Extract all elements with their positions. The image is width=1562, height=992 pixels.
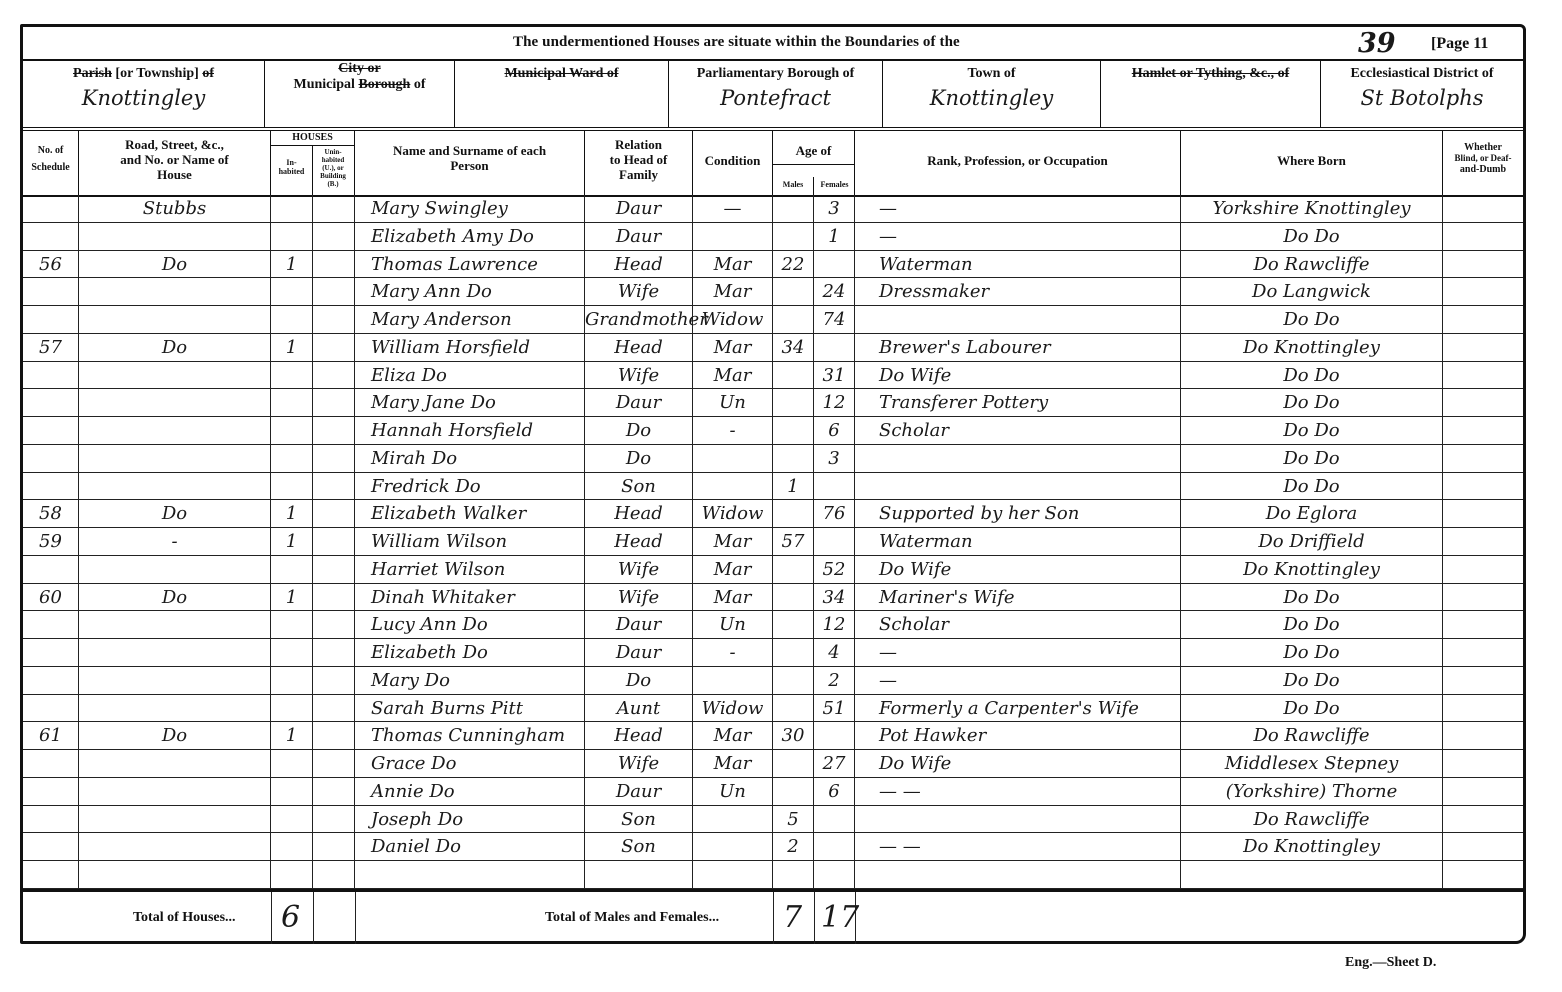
female-age-cell: 76 — [814, 500, 855, 527]
male-age-cell: 57 — [773, 528, 814, 555]
road-cell: Do — [79, 251, 271, 278]
female-age-cell — [814, 473, 855, 500]
totals-row: Total of Houses... 6 Total of Males and … — [23, 889, 1523, 944]
road-cell — [79, 389, 271, 416]
male-age-cell — [773, 750, 814, 777]
person-name-cell: William Horsfield — [355, 334, 585, 361]
male-age-cell — [773, 584, 814, 611]
occupation-cell — [855, 806, 1181, 833]
road-cell — [79, 278, 271, 305]
male-age-cell — [773, 362, 814, 389]
total-houses-label: Total of Houses... — [133, 910, 236, 926]
condition-cell: Mar — [693, 750, 773, 777]
male-age-cell — [773, 667, 814, 694]
road-cell — [79, 556, 271, 583]
inhabited-cell — [271, 362, 313, 389]
schedule-cell — [23, 445, 79, 472]
road-cell: Do — [79, 722, 271, 749]
person-name-cell: Grace Do — [355, 750, 585, 777]
uninhabited-cell — [313, 778, 355, 805]
female-age-cell: 24 — [814, 278, 855, 305]
birthplace-cell: Do Do — [1181, 417, 1443, 444]
parliamentary-borough-field: Parliamentary Borough of Pontefract — [669, 59, 883, 127]
female-age-cell: 34 — [814, 584, 855, 611]
birthplace-cell: Do Do — [1181, 639, 1443, 666]
uninhabited-cell — [313, 833, 355, 860]
relation-cell: Head — [585, 251, 693, 278]
uninhabited-cell — [313, 195, 355, 222]
total-males-value: 7 — [783, 900, 802, 935]
table-row: Eliza DoWifeMar31Do WifeDo Do — [23, 362, 1523, 390]
inhabited-cell — [271, 695, 313, 722]
person-name-cell: Mary Swingley — [355, 195, 585, 222]
birthplace-cell: Do Do — [1181, 473, 1443, 500]
blind-deaf-cell — [1443, 806, 1523, 833]
person-name-cell: Mary Anderson — [355, 306, 585, 333]
road-cell — [79, 611, 271, 638]
road-cell — [79, 806, 271, 833]
schedule-cell — [23, 695, 79, 722]
road-cell — [79, 473, 271, 500]
person-name-cell: Mirah Do — [355, 445, 585, 472]
ecclesiastical-district-field: Ecclesiastical District of St Botolphs — [1321, 59, 1523, 127]
table-row: 56Do1Thomas LawrenceHeadMar22WatermanDo … — [23, 251, 1523, 279]
table-row: Mary Ann DoWifeMar24DressmakerDo Langwic… — [23, 278, 1523, 306]
uninhabited-cell — [313, 611, 355, 638]
uninhabited-cell — [313, 445, 355, 472]
table-row: 59-1William WilsonHeadMar57WatermanDo Dr… — [23, 528, 1523, 556]
page-number: [Page 11 — [1431, 35, 1488, 53]
occupation-cell: Do Wife — [855, 556, 1181, 583]
person-name-cell: Elizabeth Do — [355, 639, 585, 666]
inhabited-cell — [271, 806, 313, 833]
schedule-cell — [23, 833, 79, 860]
condition-cell: Mar — [693, 584, 773, 611]
relation-cell: Wife — [585, 278, 693, 305]
female-age-cell — [814, 806, 855, 833]
occupation-cell — [855, 445, 1181, 472]
condition-cell — [693, 861, 773, 888]
male-age-cell: 2 — [773, 833, 814, 860]
male-age-cell: 1 — [773, 473, 814, 500]
relation-cell — [585, 861, 693, 888]
blind-deaf-cell — [1443, 722, 1523, 749]
relation-cell: Son — [585, 833, 693, 860]
condition-cell — [693, 473, 773, 500]
header-inhabited: In- habited — [271, 146, 313, 195]
birthplace-cell: Do Rawcliffe — [1181, 722, 1443, 749]
male-age-cell — [773, 556, 814, 583]
table-row: Annie DoDaurUn6— —(Yorkshire) Thorne — [23, 778, 1523, 806]
parliamentary-borough-value: Pontefract — [669, 86, 882, 110]
blind-deaf-cell — [1443, 861, 1523, 888]
relation-cell: Wife — [585, 750, 693, 777]
occupation-cell: — — — [855, 833, 1181, 860]
table-row: 58Do1Elizabeth WalkerHeadWidow76Supporte… — [23, 500, 1523, 528]
occupation-cell — [855, 473, 1181, 500]
birthplace-cell — [1181, 861, 1443, 888]
table-row — [23, 861, 1523, 889]
birthplace-cell: Do Knottingley — [1181, 833, 1443, 860]
total-persons-label: Total of Males and Females... — [545, 910, 719, 926]
uninhabited-cell — [313, 667, 355, 694]
road-cell — [79, 778, 271, 805]
person-name-cell: Dinah Whitaker — [355, 584, 585, 611]
male-age-cell — [773, 445, 814, 472]
uninhabited-cell — [313, 695, 355, 722]
condition-cell — [693, 833, 773, 860]
sheet-note: Eng.—Sheet D. — [1345, 955, 1436, 971]
male-age-cell — [773, 417, 814, 444]
blind-deaf-cell — [1443, 278, 1523, 305]
uninhabited-cell — [313, 806, 355, 833]
relation-cell: Do — [585, 445, 693, 472]
occupation-cell: Transferer Pottery — [855, 389, 1181, 416]
relation-cell: Wife — [585, 362, 693, 389]
uninhabited-cell — [313, 334, 355, 361]
road-cell — [79, 750, 271, 777]
condition-cell: Mar — [693, 722, 773, 749]
female-age-cell: 6 — [814, 417, 855, 444]
header-relation: Relation to Head of Family — [585, 131, 693, 195]
relation-cell: Daur — [585, 195, 693, 222]
inhabited-cell — [271, 306, 313, 333]
schedule-cell — [23, 639, 79, 666]
uninhabited-cell — [313, 306, 355, 333]
relation-cell: Wife — [585, 556, 693, 583]
condition-cell: Mar — [693, 278, 773, 305]
road-cell — [79, 833, 271, 860]
female-age-cell: 27 — [814, 750, 855, 777]
female-age-cell: 52 — [814, 556, 855, 583]
blind-deaf-cell — [1443, 362, 1523, 389]
birthplace-cell: Do Rawcliffe — [1181, 806, 1443, 833]
occupation-cell: — — [855, 195, 1181, 222]
road-cell — [79, 362, 271, 389]
table-row: Daniel DoSon2— —Do Knottingley — [23, 833, 1523, 861]
schedule-cell — [23, 556, 79, 583]
condition-cell: Mar — [693, 334, 773, 361]
female-age-cell: 6 — [814, 778, 855, 805]
table-row: StubbsMary SwingleyDaur—3—Yorkshire Knot… — [23, 195, 1523, 223]
uninhabited-cell — [313, 251, 355, 278]
blind-deaf-cell — [1443, 251, 1523, 278]
inhabited-cell: 1 — [271, 251, 313, 278]
male-age-cell: 34 — [773, 334, 814, 361]
relation-cell: Head — [585, 500, 693, 527]
parish-value: Knottingley — [23, 86, 264, 110]
relation-cell: Daur — [585, 223, 693, 250]
uninhabited-cell — [313, 500, 355, 527]
occupation-cell: Brewer's Labourer — [855, 334, 1181, 361]
blind-deaf-cell — [1443, 833, 1523, 860]
table-row: 60Do1Dinah WhitakerWifeMar34Mariner's Wi… — [23, 584, 1523, 612]
condition-cell — [693, 667, 773, 694]
total-females-value: 17 — [821, 900, 859, 935]
municipal-borough-field: City orMunicipal Borough of — [265, 59, 455, 127]
inhabited-cell — [271, 611, 313, 638]
schedule-cell — [23, 195, 79, 222]
birthplace-cell: Do Do — [1181, 611, 1443, 638]
table-row: 61Do1Thomas CunninghamHeadMar30Pot Hawke… — [23, 722, 1523, 750]
table-row: Grace DoWifeMar27Do WifeMiddlesex Stepne… — [23, 750, 1523, 778]
table-row: 57Do1William HorsfieldHeadMar34Brewer's … — [23, 334, 1523, 362]
road-cell: Do — [79, 334, 271, 361]
census-sheet: The undermentioned Houses are situate wi… — [20, 24, 1526, 944]
header-schedule: No. of Schedule — [23, 131, 79, 195]
uninhabited-cell — [313, 639, 355, 666]
occupation-cell: — — — [855, 778, 1181, 805]
blind-deaf-cell — [1443, 334, 1523, 361]
inhabited-cell — [271, 778, 313, 805]
table-row: Mary Jane DoDaurUn12Transferer PotteryDo… — [23, 389, 1523, 417]
ecclesiastical-district-value: St Botolphs — [1321, 86, 1523, 110]
person-name-cell: William Wilson — [355, 528, 585, 555]
female-age-cell: 1 — [814, 223, 855, 250]
relation-cell: Daur — [585, 639, 693, 666]
relation-cell: Son — [585, 473, 693, 500]
person-name-cell: Mary Ann Do — [355, 278, 585, 305]
person-name-cell: Mary Do — [355, 667, 585, 694]
person-name-cell: Sarah Burns Pitt — [355, 695, 585, 722]
occupation-cell: — — [855, 223, 1181, 250]
female-age-cell: 12 — [814, 389, 855, 416]
table-row: Fredrick DoSon1Do Do — [23, 473, 1523, 501]
condition-cell: Un — [693, 389, 773, 416]
birthplace-cell: Do Do — [1181, 223, 1443, 250]
condition-cell: Mar — [693, 556, 773, 583]
uninhabited-cell — [313, 556, 355, 583]
blind-deaf-cell — [1443, 500, 1523, 527]
schedule-cell: 56 — [23, 251, 79, 278]
inhabited-cell — [271, 861, 313, 888]
person-name-cell: Elizabeth Walker — [355, 500, 585, 527]
birthplace-cell: Middlesex Stepney — [1181, 750, 1443, 777]
schedule-cell — [23, 389, 79, 416]
header-males: Males — [773, 177, 814, 195]
relation-cell: Grandmother — [585, 306, 693, 333]
relation-cell: Do — [585, 417, 693, 444]
title-row: The undermentioned Houses are situate wi… — [23, 27, 1523, 61]
blind-deaf-cell — [1443, 584, 1523, 611]
relation-cell: Son — [585, 806, 693, 833]
road-cell — [79, 445, 271, 472]
table-row: Sarah Burns PittAuntWidow51Formerly a Ca… — [23, 695, 1523, 723]
table-row: Mirah DoDo3Do Do — [23, 445, 1523, 473]
relation-cell: Daur — [585, 611, 693, 638]
male-age-cell — [773, 861, 814, 888]
male-age-cell — [773, 611, 814, 638]
road-cell — [79, 306, 271, 333]
inhabited-cell — [271, 389, 313, 416]
relation-cell: Head — [585, 722, 693, 749]
schedule-cell — [23, 667, 79, 694]
female-age-cell — [814, 528, 855, 555]
birthplace-cell: (Yorkshire) Thorne — [1181, 778, 1443, 805]
male-age-cell — [773, 695, 814, 722]
inhabited-cell: 1 — [271, 334, 313, 361]
female-age-cell: 51 — [814, 695, 855, 722]
schedule-cell: 61 — [23, 722, 79, 749]
uninhabited-cell — [313, 389, 355, 416]
birthplace-cell: Do Eglora — [1181, 500, 1443, 527]
blind-deaf-cell — [1443, 417, 1523, 444]
relation-cell: Wife — [585, 584, 693, 611]
inhabited-cell: 1 — [271, 722, 313, 749]
hamlet-field: Hamlet or Tything, &c., of — [1101, 59, 1321, 127]
schedule-cell — [23, 778, 79, 805]
header-road: Road, Street, &c., and No. or Name of Ho… — [79, 131, 271, 195]
uninhabited-cell — [313, 362, 355, 389]
blind-deaf-cell — [1443, 695, 1523, 722]
birthplace-cell: Do Do — [1181, 362, 1443, 389]
blind-deaf-cell — [1443, 306, 1523, 333]
schedule-cell: 59 — [23, 528, 79, 555]
male-age-cell — [773, 389, 814, 416]
person-name-cell: Lucy Ann Do — [355, 611, 585, 638]
road-cell: Stubbs — [79, 195, 271, 222]
table-row: Harriet WilsonWifeMar52Do WifeDo Knottin… — [23, 556, 1523, 584]
header-age: Age of Males Females — [773, 131, 855, 195]
table-row: Hannah HorsfieldDo-6ScholarDo Do — [23, 417, 1523, 445]
relation-cell: Head — [585, 528, 693, 555]
inhabited-cell — [271, 223, 313, 250]
person-name-cell: Fredrick Do — [355, 473, 585, 500]
schedule-cell — [23, 306, 79, 333]
occupation-cell: Scholar — [855, 611, 1181, 638]
condition-cell: — — [693, 195, 773, 222]
road-cell: Do — [79, 584, 271, 611]
inhabited-cell — [271, 278, 313, 305]
condition-cell — [693, 445, 773, 472]
blind-deaf-cell — [1443, 389, 1523, 416]
relation-cell: Do — [585, 667, 693, 694]
schedule-cell — [23, 806, 79, 833]
occupation-cell — [855, 306, 1181, 333]
header-females: Females — [814, 177, 855, 195]
birthplace-cell: Do Knottingley — [1181, 334, 1443, 361]
male-age-cell: 5 — [773, 806, 814, 833]
parish-field: Parish [or Township] of Knottingley — [23, 59, 265, 127]
uninhabited-cell — [313, 473, 355, 500]
schedule-page-number: 39 — [1358, 28, 1396, 59]
male-age-cell — [773, 778, 814, 805]
town-value: Knottingley — [883, 86, 1100, 110]
schedule-cell — [23, 223, 79, 250]
condition-cell: Mar — [693, 251, 773, 278]
schedule-cell — [23, 611, 79, 638]
occupation-cell: Pot Hawker — [855, 722, 1181, 749]
blind-deaf-cell — [1443, 667, 1523, 694]
inhabited-cell — [271, 417, 313, 444]
blind-deaf-cell — [1443, 556, 1523, 583]
inhabited-cell — [271, 556, 313, 583]
birthplace-cell: Do Do — [1181, 306, 1443, 333]
uninhabited-cell — [313, 528, 355, 555]
female-age-cell: 3 — [814, 445, 855, 472]
header-where-born: Where Born — [1181, 131, 1443, 195]
birthplace-cell: Do Driffield — [1181, 528, 1443, 555]
relation-cell: Daur — [585, 389, 693, 416]
condition-cell: Un — [693, 611, 773, 638]
schedule-cell — [23, 861, 79, 888]
condition-cell: Mar — [693, 528, 773, 555]
person-name-cell: Elizabeth Amy Do — [355, 223, 585, 250]
occupation-cell: — — [855, 667, 1181, 694]
person-name-cell: Hannah Horsfield — [355, 417, 585, 444]
male-age-cell — [773, 278, 814, 305]
occupation-cell: Scholar — [855, 417, 1181, 444]
occupation-cell: Do Wife — [855, 750, 1181, 777]
schedule-cell — [23, 473, 79, 500]
female-age-cell — [814, 722, 855, 749]
town-field: Town of Knottingley — [883, 59, 1101, 127]
inhabited-cell: 1 — [271, 584, 313, 611]
header-uninhabited: Unin- habited (U.), or Building (B.) — [313, 146, 353, 197]
uninhabited-cell — [313, 750, 355, 777]
birthplace-cell: Do Do — [1181, 695, 1443, 722]
header-occupation: Rank, Profession, or Occupation — [855, 131, 1181, 195]
schedule-cell — [23, 362, 79, 389]
birthplace-cell: Do Do — [1181, 667, 1443, 694]
schedule-cell: 58 — [23, 500, 79, 527]
total-houses-value: 6 — [281, 900, 300, 935]
table-row: Lucy Ann DoDaurUn12ScholarDo Do — [23, 611, 1523, 639]
road-cell — [79, 667, 271, 694]
occupation-cell: Dressmaker — [855, 278, 1181, 305]
road-cell — [79, 639, 271, 666]
birthplace-cell: Do Do — [1181, 584, 1443, 611]
relation-cell: Daur — [585, 778, 693, 805]
birthplace-cell: Do Rawcliffe — [1181, 251, 1443, 278]
page-title: The undermentioned Houses are situate wi… — [513, 34, 960, 51]
male-age-cell — [773, 306, 814, 333]
blind-deaf-cell — [1443, 445, 1523, 472]
condition-cell — [693, 223, 773, 250]
condition-cell: Widow — [693, 500, 773, 527]
table-row: Elizabeth DoDaur-4—Do Do — [23, 639, 1523, 667]
blind-deaf-cell — [1443, 528, 1523, 555]
person-name-cell: Harriet Wilson — [355, 556, 585, 583]
uninhabited-cell — [313, 278, 355, 305]
condition-cell: - — [693, 417, 773, 444]
male-age-cell — [773, 500, 814, 527]
uninhabited-cell — [313, 417, 355, 444]
header-blind-deaf: Whether Blind, or Deaf- and-Dumb — [1443, 131, 1523, 195]
female-age-cell: 31 — [814, 362, 855, 389]
uninhabited-cell — [313, 861, 355, 888]
condition-cell: Un — [693, 778, 773, 805]
male-age-cell: 22 — [773, 251, 814, 278]
male-age-cell — [773, 223, 814, 250]
blind-deaf-cell — [1443, 473, 1523, 500]
person-name-cell: Thomas Lawrence — [355, 251, 585, 278]
municipal-ward-field: Municipal Ward of — [455, 59, 669, 127]
blind-deaf-cell — [1443, 195, 1523, 222]
schedule-cell: 57 — [23, 334, 79, 361]
condition-cell: Widow — [693, 306, 773, 333]
table-row: Joseph DoSon5Do Rawcliffe — [23, 806, 1523, 834]
occupation-cell: Waterman — [855, 528, 1181, 555]
blind-deaf-cell — [1443, 639, 1523, 666]
blind-deaf-cell — [1443, 778, 1523, 805]
birthplace-cell: Do Do — [1181, 445, 1443, 472]
blind-deaf-cell — [1443, 611, 1523, 638]
female-age-cell: 12 — [814, 611, 855, 638]
road-cell — [79, 223, 271, 250]
road-cell — [79, 695, 271, 722]
road-cell — [79, 861, 271, 888]
